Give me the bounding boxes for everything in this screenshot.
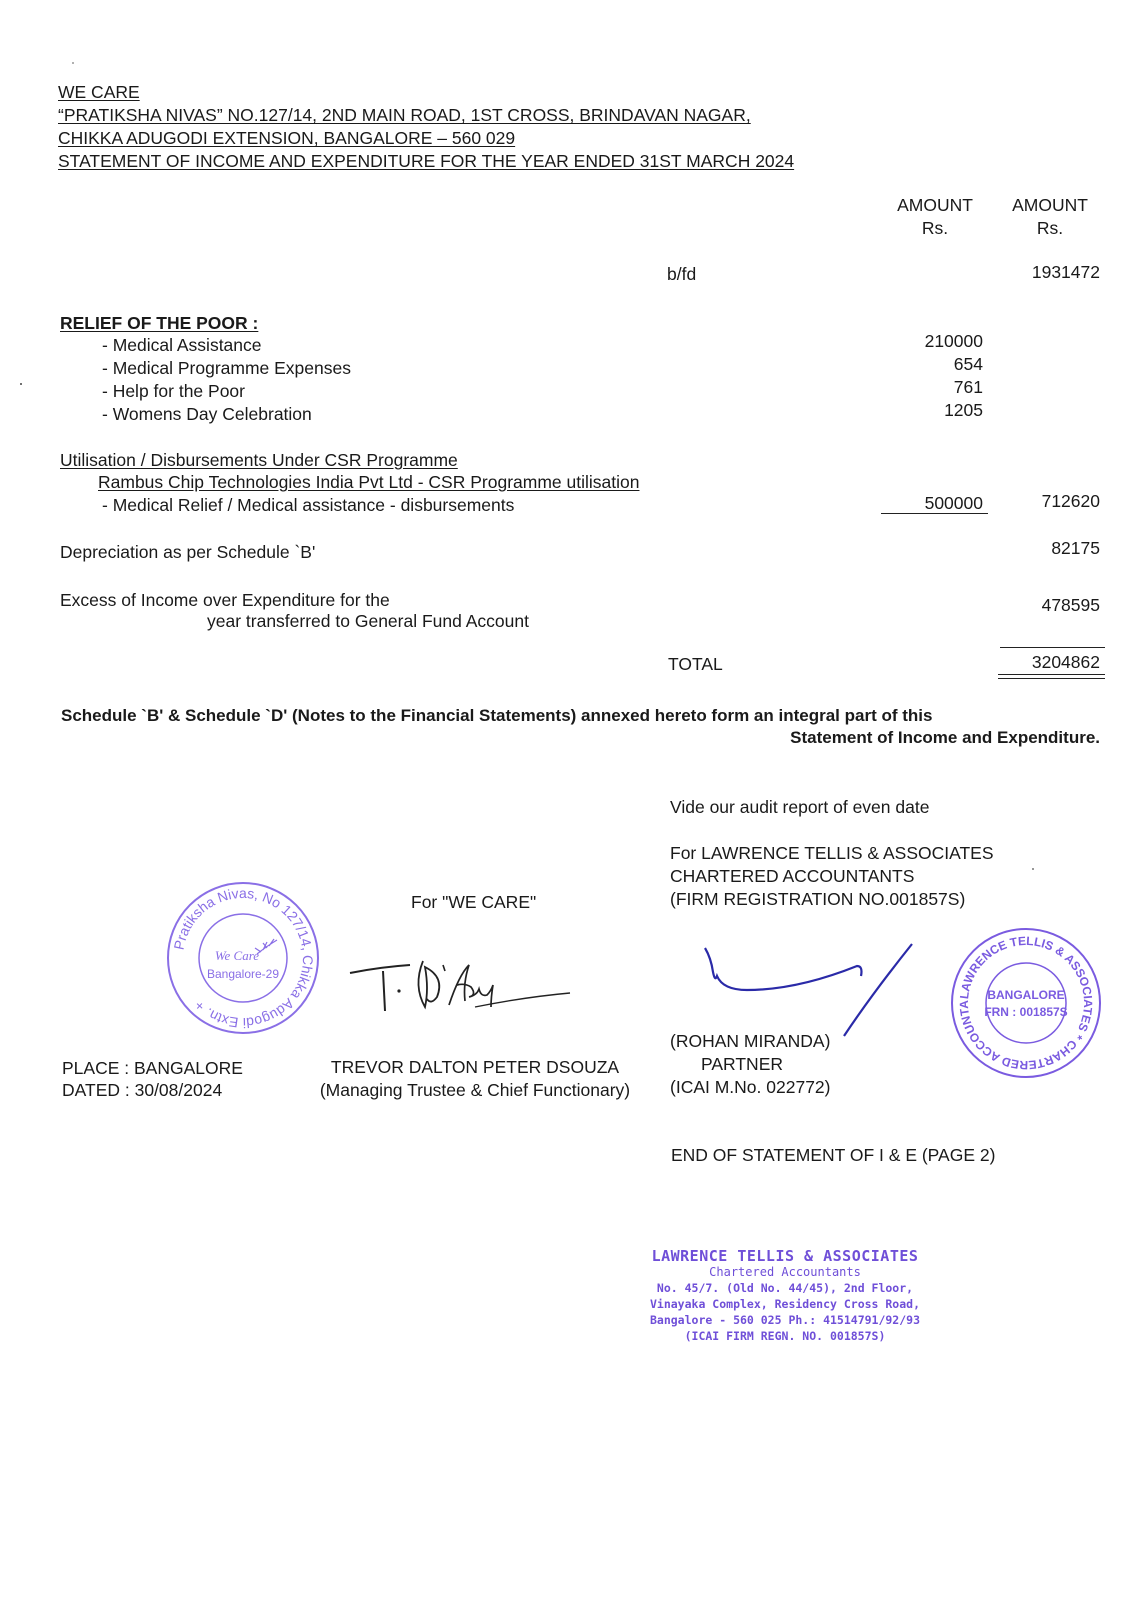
auditor-signature (700, 940, 920, 1040)
excess-label-line1: Excess of Income over Expenditure for th… (60, 590, 390, 611)
trustee-name: TREVOR DALTON PETER DSOUZA (310, 1056, 640, 1079)
note-line2: Statement of Income and Expenditure. (600, 728, 1100, 748)
depreciation-amount: 82175 (990, 538, 1100, 559)
stamp-address-line2: Vinayaka Complex, Residency Cross Road, (630, 1296, 940, 1312)
scan-speck (20, 383, 22, 385)
scan-speck (1032, 868, 1034, 870)
stamp-address-line3: Bangalore - 560 025 Ph.: 41514791/92/93 (630, 1312, 940, 1328)
depreciation-label: Depreciation as per Schedule `B' (60, 542, 315, 563)
relief-item-amount: 654 (880, 354, 983, 375)
stamp-firm-name: LAWRENCE TELLIS & ASSOCIATES (630, 1248, 940, 1264)
auditor-signatory: (ROHAN MIRANDA) PARTNER (ICAI M.No. 0227… (670, 1030, 830, 1099)
csr-section-subtitle: Rambus Chip Technologies India Pvt Ltd -… (98, 472, 639, 493)
column-header-1-unit: Rs. (880, 217, 990, 240)
csr-subtotal-amount: 712620 (990, 491, 1100, 512)
csr-item-amount: 500000 (880, 493, 983, 514)
auditor-signature-icon (700, 940, 920, 1040)
svg-text:FRN : 001857S: FRN : 001857S (984, 1005, 1067, 1019)
csr-item-label: - Medical Relief / Medical assistance - … (102, 495, 514, 516)
column-header-2: AMOUNT Rs. (995, 194, 1105, 240)
end-of-statement-note: END OF STATEMENT OF I & E (PAGE 2) (671, 1145, 995, 1166)
column-header-1-label: AMOUNT (880, 194, 990, 217)
csr-section-title: Utilisation / Disbursements Under CSR Pr… (60, 450, 458, 471)
auditor-firm-type: CHARTERED ACCOUNTANTS (670, 866, 914, 887)
relief-item-label: - Medical Assistance (102, 335, 262, 356)
relief-item-label: - Help for the Poor (102, 381, 245, 402)
org-name: WE CARE (58, 82, 140, 103)
stamp-firm-regn: (ICAI FIRM REGN. NO. 001857S) (630, 1328, 940, 1344)
relief-item-amount: 761 (880, 377, 983, 398)
auditor-seal-stamp: LAWRENCE TELLIS & ASSOCIATES * CHARTERED… (948, 925, 1104, 1081)
auditor-address-stamp: LAWRENCE TELLIS & ASSOCIATES Chartered A… (630, 1248, 940, 1344)
bfd-label: b/fd (667, 264, 696, 285)
scan-speck (72, 62, 74, 64)
relief-section-title: RELIEF OF THE POOR : (60, 313, 258, 334)
auditor-signatory-name: (ROHAN MIRANDA) (670, 1030, 830, 1053)
auditor-signatory-icai: (ICAI M.No. 022772) (670, 1076, 830, 1099)
org-address-line1: “PRATIKSHA NIVAS” NO.127/14, 2ND MAIN RO… (58, 105, 751, 126)
auditor-seal-icon: LAWRENCE TELLIS & ASSOCIATES * CHARTERED… (948, 925, 1104, 1081)
column-header-2-unit: Rs. (995, 217, 1105, 240)
auditor-signatory-role: PARTNER (670, 1053, 830, 1076)
svg-text:We Care: We Care (215, 948, 259, 963)
org-address-line2: CHIKKA ADUGODI EXTENSION, BANGALORE – 56… (58, 128, 515, 149)
note-line1: Schedule `B' & Schedule `D' (Notes to th… (61, 706, 932, 726)
trustee-signatory: TREVOR DALTON PETER DSOUZA (Managing Tru… (310, 1056, 640, 1102)
bfd-amount: 1931472 (990, 262, 1100, 283)
trustee-signature-icon (345, 955, 575, 1025)
column-header-2-label: AMOUNT (995, 194, 1105, 217)
trust-for-label: For "WE CARE" (411, 892, 536, 913)
dated-label: DATED : 30/08/2024 (62, 1080, 222, 1101)
relief-item-amount: 210000 (880, 331, 983, 352)
column-header-1: AMOUNT Rs. (880, 194, 990, 240)
audit-reference: Vide our audit report of even date (670, 797, 929, 818)
auditor-firm-name: For LAWRENCE TELLIS & ASSOCIATES (670, 843, 994, 864)
total-amount: 3204862 (990, 652, 1100, 673)
stamp-address-line1: No. 45/7. (Old No. 44/45), 2nd Floor, (630, 1280, 940, 1296)
relief-item-label: - Womens Day Celebration (102, 404, 312, 425)
place-label: PLACE : BANGALORE (62, 1058, 243, 1079)
svg-text:BANGALORE: BANGALORE (987, 988, 1064, 1002)
total-label: TOTAL (668, 654, 723, 675)
excess-label-line2: year transferred to General Fund Account (207, 611, 529, 632)
statement-title: STATEMENT OF INCOME AND EXPENDITURE FOR … (58, 151, 794, 172)
svg-text:Bangalore-29: Bangalore-29 (207, 967, 279, 981)
auditor-firm-registration: (FIRM REGISTRATION NO.001857S) (670, 889, 965, 910)
trust-seal-icon: Pratiksha Nivas, No 127/14, Chikka Adugo… (165, 880, 321, 1036)
trust-seal-stamp: Pratiksha Nivas, No 127/14, Chikka Adugo… (165, 880, 321, 1036)
stamp-firm-type: Chartered Accountants (630, 1264, 940, 1280)
relief-item-label: - Medical Programme Expenses (102, 358, 351, 379)
total-top-rule (1000, 647, 1105, 648)
trustee-signature (345, 955, 575, 1025)
relief-item-amount: 1205 (880, 400, 983, 421)
trustee-role: (Managing Trustee & Chief Functionary) (310, 1079, 640, 1102)
excess-amount: 478595 (990, 595, 1100, 616)
subtotal-rule (881, 513, 988, 514)
total-double-rule (998, 674, 1105, 679)
